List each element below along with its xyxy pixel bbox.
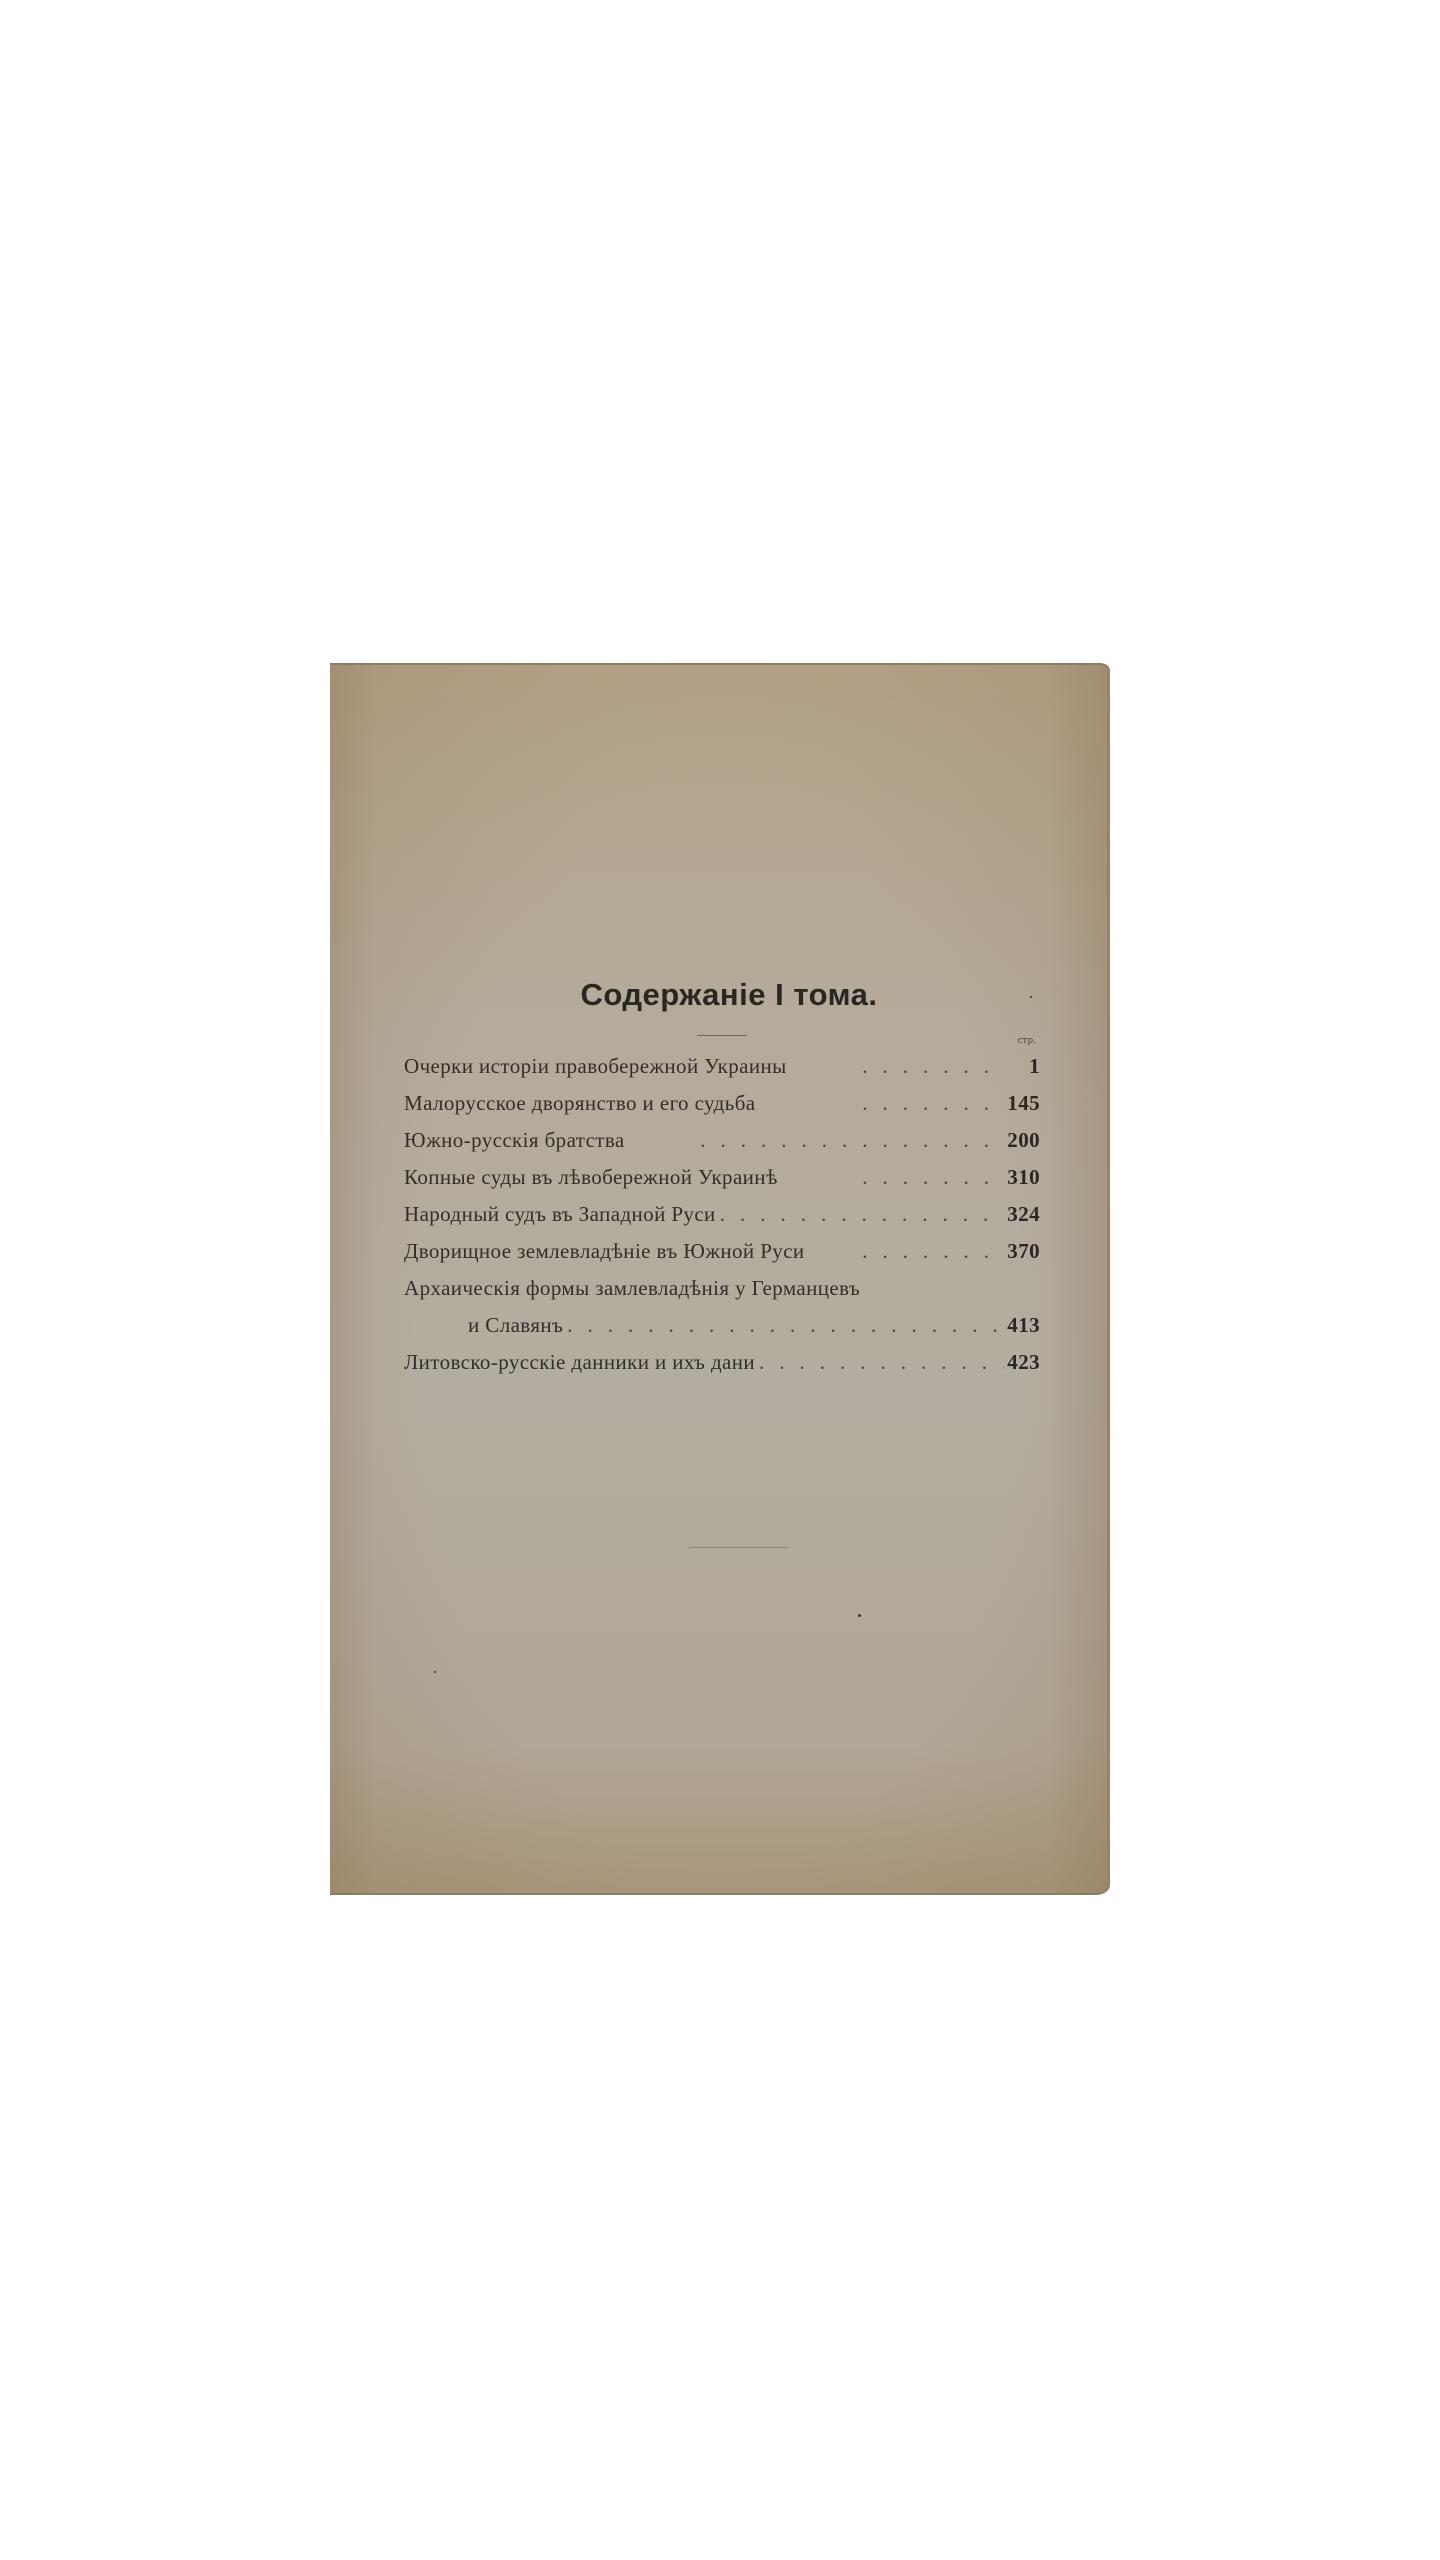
leader-dots: ....... [778, 1159, 1004, 1196]
toc-entry-title: Копные суды въ лѣвобережной Украинѣ [404, 1159, 778, 1196]
toc-entry: Архаическія формы замлевладѣнія у Герман… [404, 1270, 1040, 1307]
toc-entry-title: Литовско-русскіе данники и ихъ дани [404, 1344, 755, 1381]
table-of-contents: Содержаніе I тома. стр. Очерки исторіи п… [404, 975, 1040, 1381]
toc-title: Содержаніе I тома. [404, 975, 1040, 1015]
toc-entry: Очерки исторіи правобережной Украины ...… [404, 1048, 1040, 1085]
leader-dots: ............... [755, 1344, 1004, 1381]
toc-entry-page: 324 [1004, 1196, 1040, 1233]
toc-entry-continuation: и Славянъ ............................. … [404, 1307, 1040, 1344]
leader-dots: ....... [805, 1233, 1004, 1270]
leader-dots: ............... [716, 1196, 1004, 1233]
toc-entry-page: 1 [1004, 1048, 1040, 1085]
toc-entry: Южно-русскія братства ............... 20… [404, 1122, 1040, 1159]
leader-dots: ............................. [563, 1307, 1004, 1344]
leader-dots: ....... [756, 1085, 1005, 1122]
toc-entry: Малорусское дворянство и его судьба ....… [404, 1085, 1040, 1122]
toc-entry-page: 200 [1004, 1122, 1040, 1159]
toc-entry-page: 423 [1004, 1344, 1040, 1381]
faint-rule-mark [689, 1547, 789, 1548]
leader-dots: ............... [625, 1122, 1004, 1159]
leader-dots: ....... [787, 1048, 1004, 1085]
toc-entry-title: Дворищное землевладѣніе въ Южной Руси [404, 1233, 805, 1270]
toc-entry: Копные суды въ лѣвобережной Украинѣ ....… [404, 1159, 1040, 1196]
toc-entry: Дворищное землевладѣніе въ Южной Руси ..… [404, 1233, 1040, 1270]
page-column-label: стр. [404, 1034, 1040, 1048]
toc-entry-page: 413 [1004, 1307, 1040, 1344]
toc-entry-title: Народный судъ въ Западной Руси [404, 1196, 716, 1233]
toc-entry-page: 310 [1004, 1159, 1040, 1196]
toc-entry-title: Очерки исторіи правобережной Украины [404, 1048, 787, 1085]
toc-entry-title: Малорусское дворянство и его судьба [404, 1085, 756, 1122]
toc-entry-title: Южно-русскія братства [404, 1122, 625, 1159]
toc-entry-title: Архаическія формы замлевладѣнія у Герман… [404, 1270, 860, 1307]
toc-entry-title-continued: и Славянъ [468, 1307, 563, 1344]
paper-speck [434, 1671, 436, 1673]
toc-entry-page: 145 [1004, 1085, 1040, 1122]
toc-entry: Народный судъ въ Западной Руси .........… [404, 1196, 1040, 1233]
book-page: Содержаніе I тома. стр. Очерки исторіи п… [330, 663, 1110, 1895]
toc-entry: Литовско-русскіе данники и ихъ дани ....… [404, 1344, 1040, 1381]
toc-entry-page: 370 [1004, 1233, 1040, 1270]
paper-speck [858, 1614, 861, 1617]
